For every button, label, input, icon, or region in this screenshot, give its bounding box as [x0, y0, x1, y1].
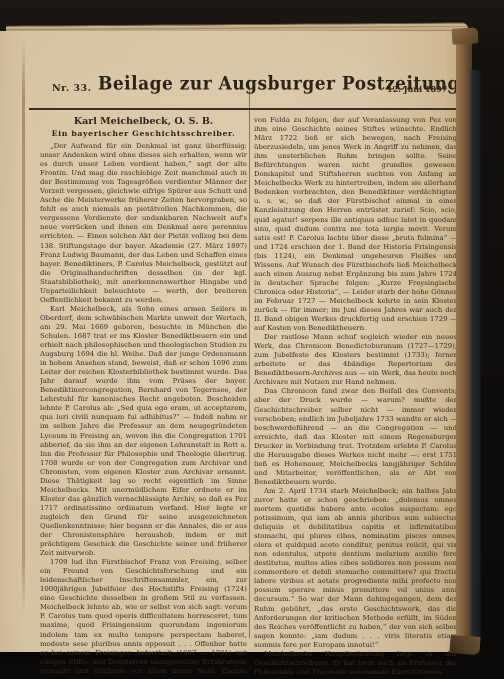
book-photo-background: Nr. 33. Beilage zur Augsburger Postzeitu… [0, 0, 504, 679]
newspaper-page: Nr. 33. Beilage zur Augsburger Postzeitu… [0, 31, 458, 652]
masthead-rule [29, 108, 456, 110]
paragraph: Meichelbecks Hauptbedeutung liegt in der… [254, 650, 457, 674]
book-cover-corner-top [452, 27, 479, 44]
book-cover-corner-bottom [449, 635, 480, 655]
left-column: Karl Meichelbeck, O. S. B. Ein bayerisch… [40, 116, 247, 676]
paragraph: Karl Meichelbeck, als Sohn eines armen S… [40, 305, 247, 558]
column-divider-rule [249, 86, 250, 638]
paragraph-continuation: von Fulda zu folgen, der auf Veranlassun… [254, 116, 457, 333]
masthead-issue-number: Nr. 33. [52, 83, 91, 94]
page-crease [22, 40, 25, 615]
article-title: Karl Meichelbeck, O. S. B. [40, 116, 247, 127]
paragraph: „Der Aufwand für ein Denkmal ist ganz üb… [40, 142, 247, 305]
paragraph: Am 2. April 1734 starb Meichelbeck; ein … [254, 487, 457, 650]
article-subtitle: Ein bayerischer Geschichtsschreiber. [40, 129, 247, 138]
right-column: von Fulda zu folgen, der auf Veranlassun… [254, 116, 457, 674]
masthead-date: 12. Juni 1897. [387, 84, 450, 94]
book-cover-shadow [470, 70, 482, 640]
paragraph: 1709 lud ihn Fürstbischof Franz von Frei… [40, 558, 247, 676]
paragraph: Der rastlose Mann schuf sogleich wieder … [254, 333, 457, 387]
paragraph: Das Chronicon fand zwar den Beifall des … [254, 387, 457, 487]
masthead-title: Beilage zur Augsburger Postzeitung. [98, 73, 390, 95]
